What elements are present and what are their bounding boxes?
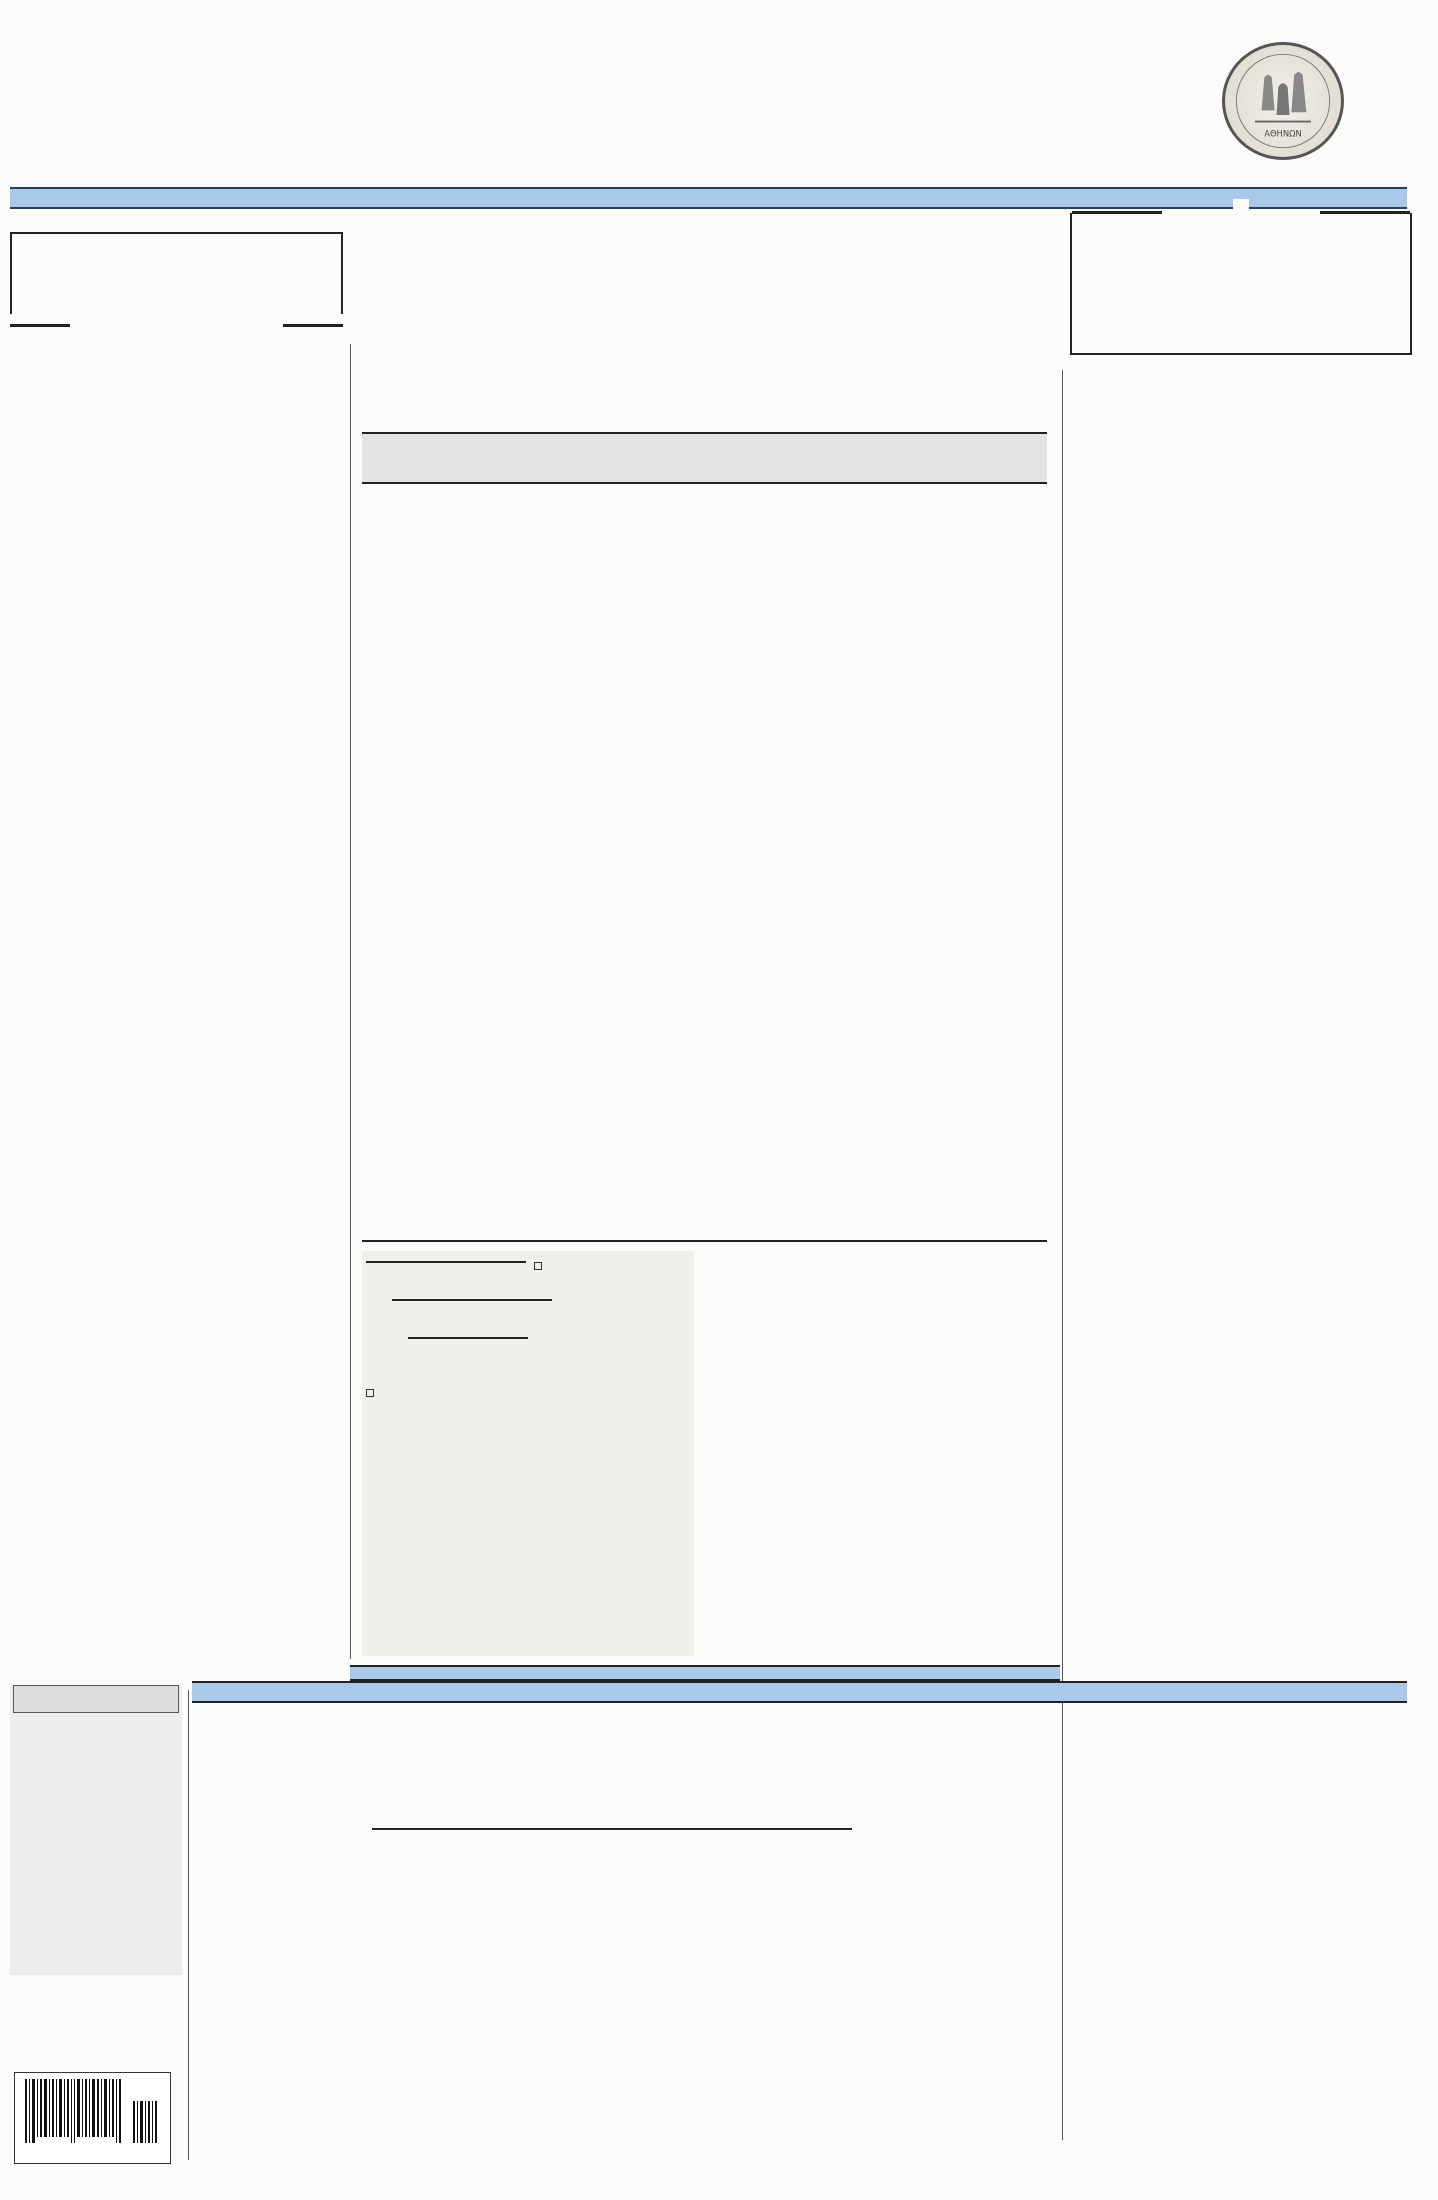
- main-subhead: [362, 432, 1047, 484]
- left-article-body: [10, 344, 343, 1644]
- kosmos-box: [1070, 213, 1412, 355]
- story-col2: [376, 1885, 536, 2185]
- main-article-col2: [712, 495, 1046, 1235]
- column-divider: [350, 344, 351, 1659]
- checkbox-bullet-icon: [534, 1262, 542, 1270]
- left-article-title: [12, 234, 341, 240]
- todays-topics-box: [10, 1685, 182, 1975]
- column-divider: [188, 1690, 189, 2160]
- curiosity-item-2: [534, 1259, 690, 1651]
- section-divider: [362, 1240, 1047, 1242]
- curiosities-title-1: [366, 1261, 526, 1263]
- left-article-byline: [167, 312, 187, 332]
- opinion-body: [1072, 452, 1412, 2072]
- barcode: [14, 2072, 171, 2164]
- svg-text:ΑΘΗΝΩΝ: ΑΘΗΝΩΝ: [1264, 128, 1302, 138]
- tis-imeras-bar: [192, 1681, 1407, 1703]
- coin-emblem-icon: ΑΘΗΝΩΝ: [1222, 42, 1344, 160]
- curiosities-title-2: [392, 1299, 552, 1301]
- left-article-title-box: [10, 232, 343, 314]
- column-divider: [1062, 370, 1063, 2140]
- germany-article-col1: [715, 1345, 880, 1665]
- curiosities-title-3: [408, 1337, 528, 1339]
- kosmos-title: [1233, 199, 1249, 223]
- curiosities-box: [362, 1251, 694, 1656]
- todays-topics-title: [13, 1685, 179, 1713]
- story-col4: [878, 1712, 1048, 2062]
- story-col3: [552, 1885, 712, 2185]
- story-title-rule: [372, 1828, 852, 1830]
- curiosity-item-1: [366, 1386, 520, 1651]
- story-col1: [195, 1712, 355, 2182]
- main-article-col1: [362, 495, 696, 1235]
- blue-divider-bar: [350, 1665, 1060, 1681]
- left-article-byline-bar: [10, 312, 343, 336]
- checkbox-bullet-icon: [366, 1389, 374, 1397]
- germany-article-col2: [892, 1345, 1054, 1665]
- newspaper-logo: [285, 32, 1135, 172]
